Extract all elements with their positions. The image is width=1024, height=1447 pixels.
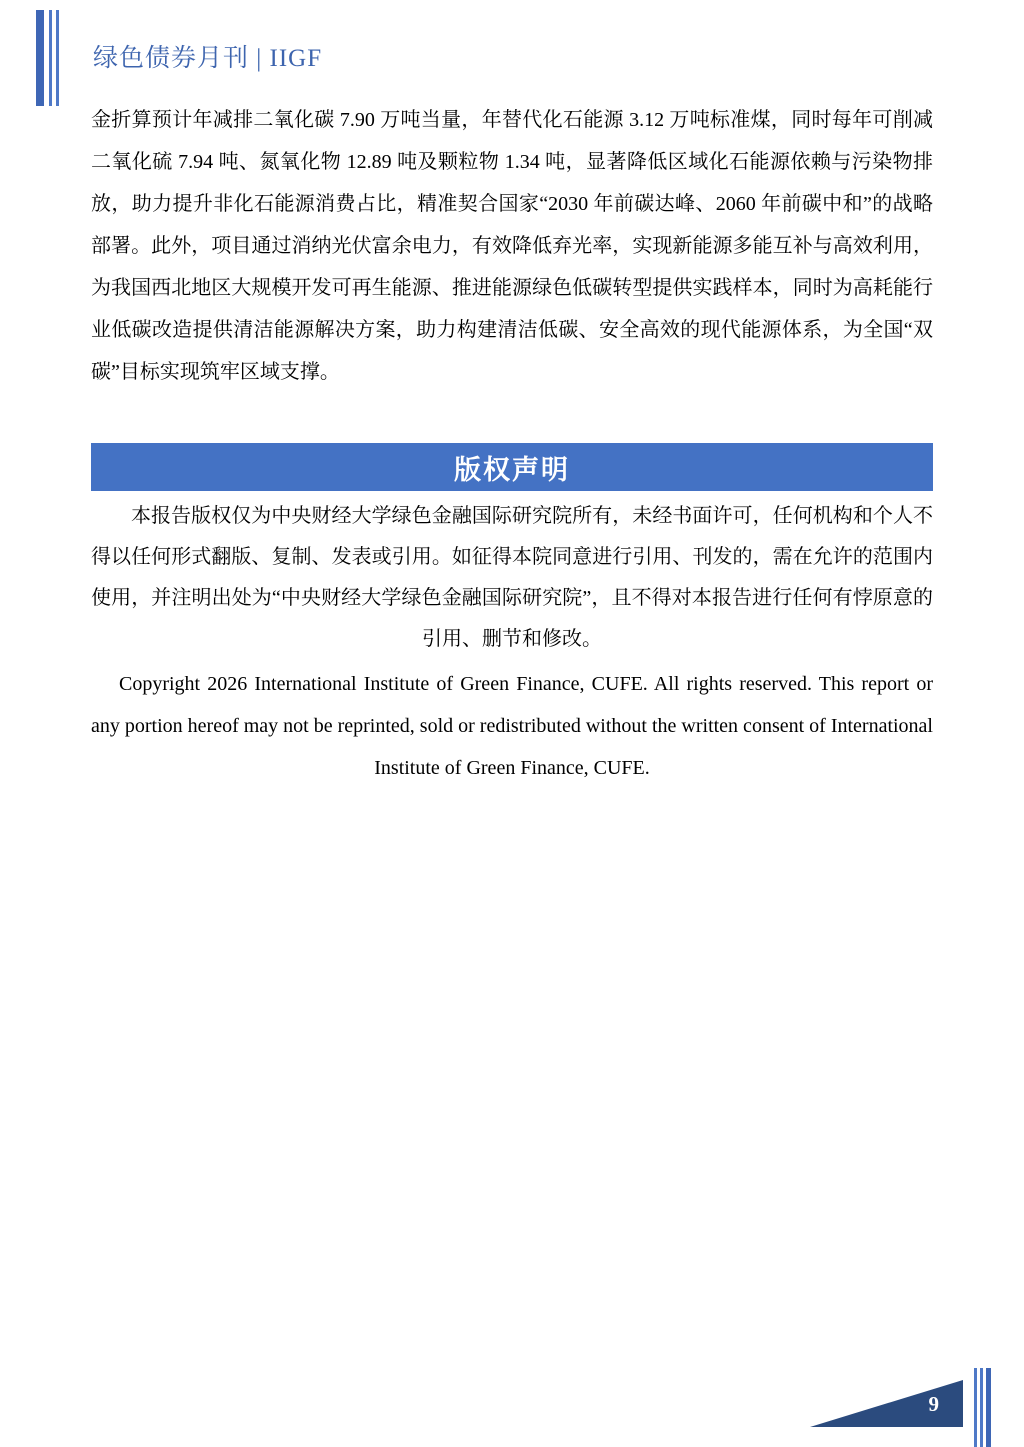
copyright-text-english: Copyright 2026 International Institute o…: [91, 663, 933, 789]
page-title: 绿色债券月刊 | IIGF: [93, 38, 322, 74]
footer-corner: 9: [810, 1380, 963, 1427]
top-left-stripe-thin-1: [49, 10, 52, 106]
page-number: 9: [929, 1392, 940, 1417]
footer-triangle-icon: [810, 1380, 963, 1427]
top-left-stripe-thick: [36, 10, 44, 106]
document-page: 绿色债券月刊 | IIGF 金折算预计年减排二氧化碳 7.90 万吨当量，年替代…: [0, 0, 1024, 1447]
bottom-right-stripe-thick: [986, 1368, 991, 1447]
bottom-right-stripe-thin-2: [980, 1368, 983, 1447]
copyright-banner-title: 版权声明: [454, 448, 570, 487]
top-left-stripe-thin-2: [56, 10, 59, 106]
bottom-right-stripe-thin-1: [974, 1368, 977, 1447]
footer-triangle-shape: [810, 1380, 963, 1427]
copyright-text-chinese: 本报告版权仅为中央财经大学绿色金融国际研究院所有，未经书面许可，任何机构和个人不…: [91, 496, 933, 660]
body-paragraph: 金折算预计年减排二氧化碳 7.90 万吨当量，年替代化石能源 3.12 万吨标准…: [91, 99, 933, 393]
copyright-section: 本报告版权仅为中央财经大学绿色金融国际研究院所有，未经书面许可，任何机构和个人不…: [91, 496, 933, 789]
copyright-banner: 版权声明: [91, 443, 933, 491]
